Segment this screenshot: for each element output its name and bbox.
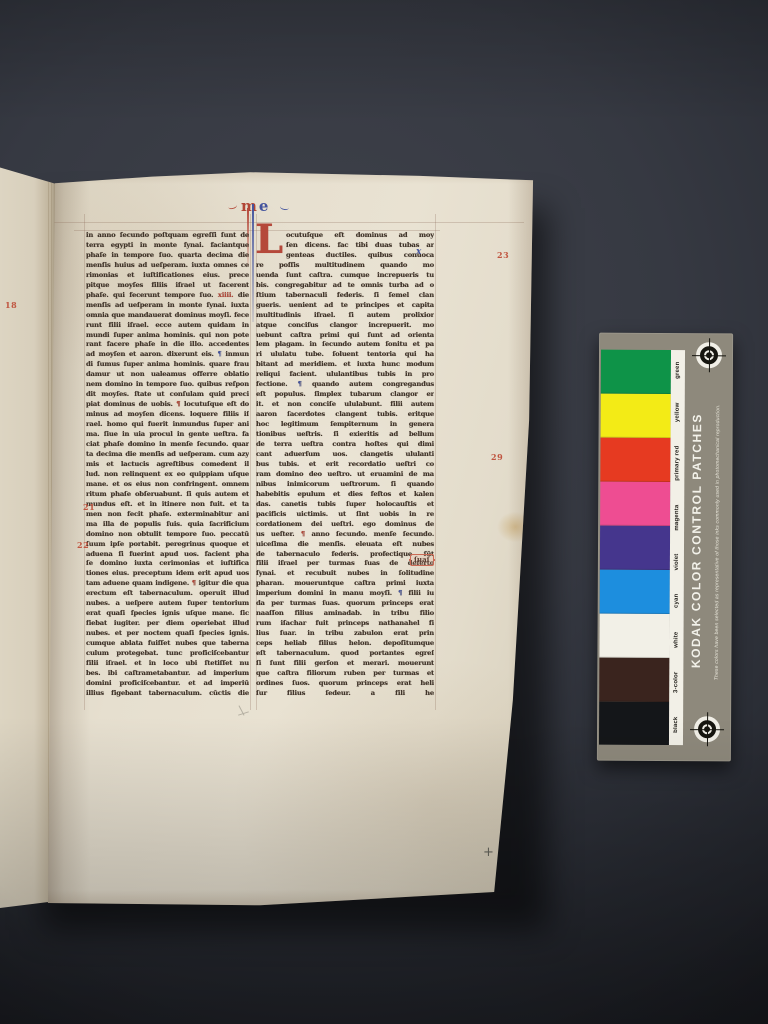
patch-label: yellow [671, 391, 685, 434]
photo-backdrop: me L in anno ſecundo poſtquam egreſſi ſu… [0, 0, 768, 1024]
manuscript-line: ſen dicens. fac tibi duas tubas ar [286, 241, 434, 251]
kodak-card: greenyellowprimary redmagentavioletcyanw… [597, 333, 733, 762]
manuscript-line: rimonias et iuſtificationes eius. prece [86, 271, 249, 281]
manuscript-line: pharan. moueruntque caſtra primi iuxta [256, 579, 434, 589]
patch-label: green [671, 350, 685, 391]
manuscript-line: de terra ueſtra contra hoſtes qui dimi [256, 440, 434, 450]
patch-label: 3-color [669, 660, 683, 705]
manuscript-line: culum protegebat. tunc proficiſcebantur [86, 649, 249, 659]
manuscript-line: das. canetis tubis ſuper holocauſtis et [256, 500, 434, 510]
running-header: me [241, 199, 270, 214]
manuscript-line: filii iſrael. et in loco ubi ſtetiſſet n… [86, 659, 249, 669]
manuscript-line: ad moyſen et aaron. dixerunt eis. ¶ inmu… [86, 350, 249, 360]
manuscript-line: hoc legitimum ſempiternum in genera [256, 420, 434, 430]
registration-target-icon [694, 716, 720, 742]
color-patch [600, 438, 670, 482]
manuscript-line: ſur filius ſedeur. a fili he [256, 689, 434, 699]
manuscript-line: nubes. et per noctem quaſi ſpecies ignis… [86, 629, 249, 639]
manuscript-line: fiebat iugiter. per diem operiebat illud [86, 619, 249, 629]
manuscript-line: mis et lactucis agreſtibus comedent il [86, 460, 249, 470]
manuscript-line: mundi ſuper anima hominis. qui non pote [86, 331, 249, 341]
manuscript-line: men non fecit phaſe. exterminabitur ani [86, 510, 249, 520]
manuscript-line: tam aduene quam indigene. ¶ igitur die q… [86, 579, 249, 589]
manuscript-line: de tabernaculo federis. profectique ſūt [256, 550, 434, 560]
margin-annotation: 22 [77, 540, 89, 550]
manuscript-line: runt filii iſrael. ecce autem quidam in [86, 321, 249, 331]
manuscript-line: ſi ſunt filii gerſon et merari. mouerunt [256, 659, 434, 669]
manuscript-line: mundus eſt. et in itinere non fuit. et t… [86, 500, 249, 510]
manuscript-line: uebunt caſtra primi qui ſunt ad orienta [256, 331, 434, 341]
manuscript-line: ciat phaſe domino in menſe ſecundo. quar [86, 440, 249, 450]
margin-annotation: 29 [491, 452, 503, 462]
manuscript-line: ma. ſiue in uia procul in gente ueſtra. … [86, 430, 249, 440]
manuscript-line: uiceſima die menſis. eleuata eſt nubes [256, 540, 434, 550]
ruling-line [84, 214, 85, 710]
manuscript-line: eſt tabernaculum. quod portantes egreſ [256, 649, 434, 659]
manuscript-line: erat quaſi ſpecies ignis uſque mane. ſic [86, 609, 249, 619]
manuscript-line: ſe domino iuxta cerimonias et iuſtifica [86, 559, 249, 569]
manuscript-line: lius ſuar. in tribu zabulon erat prin [256, 629, 434, 639]
manuscript-line: eſt populus. ſimplex tubarum clangor er [256, 390, 434, 400]
ruling-line [54, 222, 524, 223]
manuscript-line: da per turmas ſuas. quorum princeps erat [256, 599, 434, 609]
manuscript-line: que caſtra filiorum ruben per turmas et [256, 669, 434, 679]
manuscript-line: ſtium tabernaculi federis. ſi ſemel clan [256, 291, 434, 301]
manuscript-line: ma illa de populis ſuis. quia ſacrificiu… [86, 520, 249, 530]
manuscript-line: rant facere phaſe in die illo. accedente… [86, 340, 249, 350]
manuscript-line: cordationem dei ueſtri. ego dominus de [256, 520, 434, 530]
ruling-line [74, 230, 440, 231]
manuscript-line: illius figebant tabernaculum. cūctis die [86, 689, 249, 699]
penwork-filigree-blue [252, 204, 254, 322]
manuscript-line: naaſſon filius aminadab. in tribu filio [256, 609, 434, 619]
ruling-line [435, 214, 436, 710]
manuscript-line: reliqui facient. ululantibus tubis in pr… [256, 370, 434, 380]
manuscript-line: ſuum ipſe portabit. peregrinus quoque et [86, 540, 249, 550]
margin-annotation: 18 [5, 300, 17, 310]
manuscript-line: menſis huius ad ueſperam. iuxta omnes ce [86, 261, 249, 271]
manuscript-line: domini proficiſcebantur. et ad imperiū [86, 679, 249, 689]
manuscript-line: ram domino deo ueſtro. ut eruamini de ma [256, 470, 434, 480]
manuscript-line: nem domino in tempore ſuo. quibus reſpon [86, 380, 249, 390]
patch-label-strip: greenyellowprimary redmagentavioletcyanw… [669, 350, 685, 745]
pencil-mark [236, 706, 248, 716]
manuscript-line: gueris. uenient ad te principes et capit… [256, 301, 434, 311]
manuscript-line: re poſſis multitudinem quando mo [256, 261, 434, 271]
manuscript-line: nibus inimicorum ueſtrorum. ſi quando [256, 480, 434, 490]
color-patch [599, 614, 669, 658]
decorated-initial: L [255, 220, 283, 260]
manuscript-line: ſynai. et recubuit nubes in ſolitudine [256, 569, 434, 579]
margin-annotation: 23 [497, 250, 509, 260]
manuscript-line: terra egypti in monte ſynai. faciantque [86, 241, 249, 251]
card-caption: These colors have been selected as repre… [711, 377, 724, 707]
manuscript-line: it. et non conciſe ululabunt. filii aute… [256, 400, 434, 410]
patch-label: cyan [670, 583, 684, 621]
manuscript-line: lem plagam. in ſecundo autem ſonitu et p… [256, 340, 434, 350]
manuscript-line: ceps heliab filius helon. depoſitumque [256, 639, 434, 649]
manuscript-line: omnia que mandauerat dominus moyſi. fece [86, 311, 249, 321]
boxed-marginal-note: ſuaſ [410, 554, 434, 566]
manuscript-line: atque conciſus clangor increpuerit. mo [256, 321, 434, 331]
text-column-left: in anno ſecundo poſtquam egreſſi ſunt de… [86, 231, 249, 699]
manuscript-line: pacificis uictimis. ut ſint uobis in re [256, 510, 434, 520]
manuscript-line: damur ut non ualeamus offerre oblatio [86, 370, 249, 380]
manuscript-line: phaſe. qui fecerunt tempore ſuo. xiiii. … [86, 291, 249, 301]
penwork-flourish [227, 202, 237, 210]
manuscript-line: phaſe in tempore ſuo. quarta decima die [86, 251, 249, 261]
manuscript-line: cant aduerſum uos. clangetis ululanti [256, 450, 434, 460]
manuscript-line: ta decima die menſis ad ueſperam. cum az… [86, 450, 249, 460]
manuscript-line: ri ululatu tube. ſoluent tentoria qui ha [256, 350, 434, 360]
color-patch [601, 350, 671, 394]
registration-target-icon [696, 342, 722, 368]
margin-annotation: 21 [83, 502, 95, 512]
ruling-line [250, 214, 251, 710]
color-patch [600, 526, 670, 570]
patch-label: black [669, 705, 683, 745]
manuscript-line: rael. homo qui fuerit inmundus ſuper ani [86, 420, 249, 430]
manuscript-line: habebitis epulum et dies feſtos et kalen [256, 490, 434, 500]
manuscript-line: di ſumus ſuper anima hominis. quare frau [86, 360, 249, 370]
manuscript-line: ordines ſuos. quorum princeps erat heli [256, 679, 434, 689]
patch-label: magenta [670, 493, 684, 543]
color-patch [601, 394, 671, 438]
manuscript-line: bitant ad meridiem. et iuxta hunc modum [256, 360, 434, 370]
color-patch [599, 702, 669, 745]
manuscript-line: minus ad moyſen dicens. loquere filiis i… [86, 410, 249, 420]
manuscript-line: tiones eius. preceptum idem erit apud uo… [86, 569, 249, 579]
manuscript-line: fectione. ¶ quando autem congregandus [256, 380, 434, 390]
manuscript-line: mane. et os eius non confringent. omnem [86, 480, 249, 490]
manuscript-line: bes. ibi caſtrametabantur. ad imperium [86, 669, 249, 679]
header-letter-e: e [259, 197, 271, 215]
color-patch-column [599, 350, 671, 745]
text-column-right: ocutuſque eſt dominus ad moyſen dicens. … [256, 231, 434, 699]
manuscript-line: dit moyſes. ſtate ut conſulam quid preci [86, 390, 249, 400]
patch-label: white [669, 620, 683, 660]
manuscript-line: pitque moyſes filiis iſrael ut facerent [86, 281, 249, 291]
manuscript-line: multitudinis iſrael. ſi autem prolixior [256, 311, 434, 321]
color-patch [600, 482, 670, 526]
manuscript-line: cumque ablata fuiſſet nubes que taberna [86, 639, 249, 649]
manuscript-line: erectum eſt tabernaculum. operuit illud [86, 589, 249, 599]
manuscript-line: ocutuſque eſt dominus ad moy [286, 231, 434, 241]
color-patch [599, 658, 669, 702]
manuscript-line: nubes. a ueſpere autem ſuper tentorium [86, 599, 249, 609]
header-letter-m: m [241, 197, 259, 215]
manuscript-line: aduena ſi fuerint apud uos. facient pha [86, 550, 249, 560]
manuscript-line: piat dominus de uobis. ¶ locutuſque eſt … [86, 400, 249, 410]
manuscript-line: uenda ſunt caſtra. cumque increpueris tu [256, 271, 434, 281]
patch-label: violet [670, 542, 684, 582]
manuscript-line: imperium domini in manu moyſi. ¶ filii i… [256, 589, 434, 599]
manuscript-line: menſis ad ueſperam in monte ſynai. iuxta [86, 301, 249, 311]
manuscript-line: filii iſrael per turmas ſuas de deſerto [256, 559, 434, 569]
manuscript-line: bus tubis. et erit recordatio ueſtri co [256, 460, 434, 470]
card-title: KODAK COLOR CONTROL PATCHES [687, 373, 706, 707]
color-patch [600, 570, 670, 614]
manuscript-line: genteas ductiles. quibus conuoca [286, 251, 434, 261]
manuscript-line: us ueſter. ¶ anno ſecundo. menſe ſecundo… [256, 530, 434, 540]
manuscript-line: domino non obtulit tempore ſuo. peccatū [86, 530, 249, 540]
manuscript-line: aaron ſacerdotes clangent tubis. eritque [256, 410, 434, 420]
margin-annotation: x [416, 247, 421, 257]
manuscript-line: in anno ſecundo poſtquam egreſſi ſunt de [86, 231, 249, 241]
manuscript-line: lud. non relinquent ex eo quippiam uſque [86, 470, 249, 480]
manuscript-line: rum iſachar fuit princeps nathanahel fi [256, 619, 434, 629]
patch-label: primary red [670, 434, 684, 493]
penwork-filigree-red [247, 208, 249, 266]
manuscript-line: ritum phaſe obſeruabunt. ſi quis autem e… [86, 490, 249, 500]
manuscript-line: bis. congregabitur ad te omnis turba ad … [256, 281, 434, 291]
manuscript-line: tionibus ueſtris. ſi exieritis ad bellum [256, 430, 434, 440]
ruling-line [256, 214, 257, 710]
penwork-flourish [280, 203, 290, 210]
manuscript-page: me L in anno ſecundo poſtquam egreſſi ſu… [44, 170, 536, 906]
margin-annotation: + [483, 845, 494, 860]
